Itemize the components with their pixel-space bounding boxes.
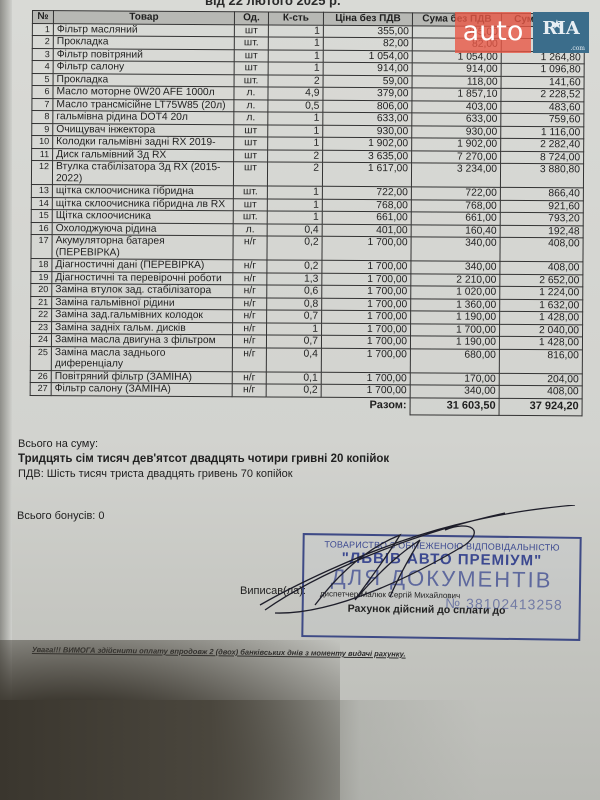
row-qty: 0,8 [267, 297, 322, 310]
row-sum: 403,00 [412, 100, 501, 113]
row-sum-vat: 2 228,52 [501, 88, 584, 101]
row-sum-vat: 1 632,00 [500, 299, 583, 312]
row-sum-vat: 408,00 [500, 237, 583, 262]
row-unit: н/г [233, 322, 267, 335]
photo-shadow [0, 640, 340, 800]
row-number: 4 [32, 61, 53, 74]
row-qty: 2 [267, 162, 322, 186]
star-icon: ★ [552, 8, 562, 42]
bonus-total: Всього бонусів: 0 [17, 510, 105, 522]
row-unit: н/г [233, 272, 267, 285]
invoice-table: № Товар Од. К-сть Ціна без ПДВ Сума без … [30, 10, 585, 416]
row-unit: н/г [232, 347, 266, 371]
row-price: 1 700,00 [322, 310, 411, 323]
row-product: Щітка склоочисника [52, 210, 233, 224]
row-sum: 768,00 [411, 199, 500, 212]
row-number: 19 [31, 271, 52, 284]
row-sum-vat: 204,00 [499, 373, 582, 386]
summary-label: Всього на суму: [18, 437, 389, 452]
row-qty: 1,3 [267, 272, 322, 285]
row-product: Прокладка [53, 73, 234, 87]
row-unit: шт. [234, 37, 268, 50]
row-sum: 3 234,00 [411, 163, 500, 188]
row-number: 11 [32, 148, 53, 161]
row-price: 1 617,00 [322, 162, 411, 187]
table-row: 25Заміна масла заднього диференціалун/г0… [30, 346, 582, 373]
row-qty: 1 [268, 62, 323, 75]
row-unit: н/г [233, 297, 267, 310]
row-sum-vat: 408,00 [500, 261, 583, 274]
row-price: 3 635,00 [323, 150, 412, 163]
row-qty: 1 [268, 49, 323, 62]
row-sum-vat: 1 224,00 [500, 286, 583, 299]
row-product: Заміна втулок зад. стабілізатора [52, 284, 233, 298]
row-qty: 0,6 [267, 285, 322, 298]
row-unit: л. [234, 87, 268, 100]
row-unit: шт [233, 198, 267, 211]
row-unit: н/г [233, 310, 267, 323]
row-sum-vat: 2 652,00 [500, 274, 583, 287]
row-unit: л. [234, 112, 268, 125]
row-number: 6 [32, 86, 53, 99]
row-qty: 2 [268, 74, 323, 87]
row-qty: 1 [267, 198, 322, 211]
total-row: Разом: 31 603,50 37 924,20 [30, 395, 582, 415]
row-price: 768,00 [322, 199, 411, 212]
row-sum: 661,00 [411, 212, 500, 225]
row-qty: 0,7 [267, 310, 322, 323]
row-number: 10 [32, 136, 53, 149]
row-product: гальмівна рідина DOT4 20л [53, 111, 234, 125]
amount-in-words: Тридцять сім тисяч дев'ятсот двадцять чо… [18, 452, 389, 467]
row-qty: 1 [268, 124, 323, 137]
row-number: 27 [30, 382, 51, 395]
summary-block: Всього на суму: Тридцять сім тисяч дев'я… [18, 437, 389, 482]
row-qty: 1 [268, 37, 323, 50]
row-sum: 7 270,00 [412, 150, 501, 163]
row-product: щітка склоочисника гібридна [52, 185, 233, 199]
row-number: 5 [32, 73, 53, 86]
vat-in-words: ПДВ: Шість тисяч триста двадцять гривень… [18, 467, 389, 482]
row-price: 806,00 [323, 100, 412, 113]
watermark-ria: ★ RIA .com [533, 12, 589, 53]
row-sum: 722,00 [411, 187, 500, 200]
row-price: 59,00 [323, 75, 412, 88]
row-qty: 2 [268, 149, 323, 162]
row-unit: шт [234, 24, 268, 37]
row-number: 13 [31, 184, 52, 197]
row-product: Фільтр повітряний [53, 48, 234, 62]
table-row: 17Акумуляторна батарея (ПЕРЕВІРКА)н/г0,2… [31, 234, 583, 261]
row-price: 722,00 [322, 186, 411, 199]
row-price: 1 700,00 [322, 298, 411, 311]
row-sum: 914,00 [412, 63, 501, 76]
row-number: 8 [32, 111, 53, 124]
document-date: від 22 лютого 2025 р. [205, 0, 341, 8]
row-price: 401,00 [322, 224, 411, 237]
row-sum-vat: 2 040,00 [500, 324, 583, 337]
row-qty: 1 [268, 137, 323, 150]
row-sum-vat: 3 880,80 [500, 163, 583, 188]
row-qty: 0,2 [267, 236, 322, 260]
row-sum-vat: 866,40 [500, 187, 583, 200]
row-number: 17 [31, 234, 52, 258]
row-sum-vat: 1 428,00 [499, 336, 582, 349]
row-number: 14 [31, 197, 52, 210]
row-number: 24 [30, 333, 51, 346]
row-price: 1 054,00 [323, 50, 412, 63]
row-sum: 118,00 [412, 75, 501, 88]
row-sum-vat: 141,60 [501, 76, 584, 89]
row-sum: 170,00 [410, 372, 499, 385]
autoria-watermark: auto ★ RIA .com [455, 12, 589, 53]
page-edge [0, 0, 12, 800]
row-sum: 340,00 [411, 237, 500, 262]
row-sum-vat: 192,48 [500, 225, 583, 238]
row-product: Заміна задніх гальм. дисків [52, 321, 233, 335]
row-sum: 340,00 [411, 261, 500, 274]
row-product: Масло трансмісійне LT75W85 (20л) [53, 98, 234, 112]
row-qty: 1 [267, 211, 322, 224]
row-product: Заміна гальмівної рідини [52, 296, 233, 310]
row-unit: л. [233, 223, 267, 236]
row-sum: 633,00 [412, 113, 501, 126]
row-unit: шт [234, 49, 268, 62]
row-price: 661,00 [322, 211, 411, 224]
row-sum-vat: 816,00 [499, 349, 582, 374]
row-price: 379,00 [323, 87, 412, 100]
col-qty: К-сть [268, 12, 323, 25]
row-unit: н/г [232, 384, 266, 397]
row-price: 633,00 [323, 112, 412, 125]
row-unit: шт. [233, 211, 267, 224]
row-sum-vat: 8 724,00 [501, 151, 584, 164]
signature-icon [255, 505, 585, 625]
total-sum: 31 603,50 [410, 397, 499, 415]
row-number: 2 [32, 36, 53, 49]
row-product: Заміна зад.гальмівних колодок [52, 309, 233, 323]
row-product: Масло моторне 0W20 AFE 1000л [53, 86, 234, 100]
row-qty: 0,2 [266, 384, 321, 397]
row-qty: 1 [267, 186, 322, 199]
row-number: 26 [30, 370, 51, 383]
row-unit: шт [234, 149, 268, 162]
row-product: Диск гальмівний Зд RX [53, 148, 234, 162]
row-product: Прокладка [53, 36, 234, 50]
col-unit: Од. [234, 12, 268, 25]
row-price: 930,00 [323, 125, 412, 138]
row-sum: 2 210,00 [411, 273, 500, 286]
row-unit: л. [234, 99, 268, 112]
col-product: Товар [53, 11, 234, 25]
row-unit: н/г [233, 285, 267, 298]
row-number: 7 [32, 98, 53, 111]
row-number: 16 [31, 222, 52, 235]
row-number: 20 [31, 283, 52, 296]
row-qty: 0,4 [267, 223, 322, 236]
row-qty: 4,9 [268, 87, 323, 100]
row-unit: н/г [232, 371, 266, 384]
row-sum: 1 360,00 [411, 298, 500, 311]
row-sum: 160,40 [411, 224, 500, 237]
row-qty: 0,7 [266, 335, 321, 348]
row-product: Фільтр масляний [53, 23, 234, 37]
row-sum: 1 902,00 [412, 138, 501, 151]
payment-notice: Увага!!! ВИМОГА здійснити оплату впродов… [32, 645, 406, 659]
row-product: Фільтр салону (ЗАМІНА) [51, 383, 232, 397]
row-number: 21 [31, 296, 52, 309]
row-sum-vat: 759,60 [501, 113, 584, 126]
row-number: 9 [32, 123, 53, 136]
row-unit: шт [234, 62, 268, 75]
row-price: 355,00 [323, 25, 412, 38]
row-sum: 930,00 [412, 125, 501, 138]
row-number: 23 [31, 321, 52, 334]
row-sum-vat: 408,00 [499, 385, 582, 398]
row-price: 1 700,00 [321, 348, 410, 373]
row-qty: 0,5 [268, 99, 323, 112]
row-product: щітка склоочисника гібридна лв RX [52, 197, 233, 211]
row-product: Повітряний фільтр (ЗАМІНА) [51, 370, 232, 384]
row-number: 3 [32, 48, 53, 61]
total-sum-vat: 37 924,20 [499, 398, 582, 416]
row-sum: 1 020,00 [411, 286, 500, 299]
col-number: № [32, 11, 53, 24]
row-number: 18 [31, 258, 52, 271]
row-number: 22 [31, 308, 52, 321]
row-product: Очищувач інжектора [53, 123, 234, 137]
row-price: 82,00 [323, 37, 412, 50]
row-number: 25 [30, 346, 51, 370]
photo-shadow-bottom [0, 700, 600, 800]
row-qty: 0,4 [266, 347, 321, 371]
row-sum-vat: 1 428,00 [500, 311, 583, 324]
row-price: 914,00 [323, 62, 412, 75]
row-sum-vat: 1 096,80 [501, 63, 584, 76]
row-unit: шт [233, 162, 267, 186]
row-product: Заміна масла двигуна з фільтром [51, 334, 232, 348]
row-product: Діагностичні дані (ПЕРЕВІРКА) [52, 259, 233, 273]
row-price: 1 700,00 [321, 372, 410, 385]
row-sum: 1 190,00 [410, 336, 499, 349]
total-label: Разом: [321, 397, 410, 415]
row-number: 1 [32, 23, 53, 36]
row-price: 1 700,00 [322, 285, 411, 298]
row-product: Охолоджуюча рідина [52, 222, 233, 236]
row-sum: 1 700,00 [411, 323, 500, 336]
row-price: 1 902,00 [323, 137, 412, 150]
row-product: Заміна масла заднього диференціалу [51, 346, 232, 371]
row-unit: шт [234, 124, 268, 137]
row-number: 12 [31, 161, 52, 185]
row-sum: 340,00 [410, 385, 499, 398]
row-product: Втулка стабілізатора Зд RX (2015-2022) [52, 161, 233, 186]
row-sum-vat: 921,60 [500, 200, 583, 213]
row-product: Фільтр салону [53, 61, 234, 75]
row-number: 15 [31, 209, 52, 222]
row-qty: 0,1 [266, 371, 321, 384]
row-price: 1 700,00 [322, 236, 411, 261]
row-price: 1 700,00 [321, 384, 410, 397]
row-unit: шт. [233, 186, 267, 199]
watermark-auto: auto [455, 12, 531, 53]
row-unit: н/г [233, 236, 267, 260]
row-unit: шт [234, 137, 268, 150]
row-price: 1 700,00 [322, 273, 411, 286]
row-sum-vat: 1 116,00 [501, 126, 584, 139]
row-qty: 0,2 [267, 260, 322, 273]
row-sum-vat: 2 282,40 [501, 138, 584, 151]
row-qty: 1 [268, 112, 323, 125]
row-price: 1 700,00 [321, 335, 410, 348]
row-qty: 1 [267, 322, 322, 335]
table-row: 12Втулка стабілізатора Зд RX (2015-2022)… [31, 161, 583, 188]
row-sum-vat: 483,60 [501, 101, 584, 114]
row-unit: н/г [233, 260, 267, 273]
row-sum: 1 190,00 [411, 311, 500, 324]
watermark-domain: .com [570, 45, 585, 52]
row-product: Колодки гальмівні задні RX 2019- [53, 136, 234, 150]
col-price: Ціна без ПДВ [323, 12, 412, 25]
row-sum-vat: 793,20 [500, 212, 583, 225]
row-price: 1 700,00 [322, 260, 411, 273]
row-product: Діагностичні та перевірочні роботи [52, 271, 233, 285]
row-sum: 680,00 [410, 348, 499, 373]
row-qty: 1 [268, 24, 323, 37]
row-sum: 1 857,10 [412, 88, 501, 101]
row-unit: шт. [234, 74, 268, 87]
row-unit: н/г [232, 335, 266, 348]
row-price: 1 700,00 [322, 323, 411, 336]
row-product: Акумуляторна батарея (ПЕРЕВІРКА) [52, 235, 233, 260]
